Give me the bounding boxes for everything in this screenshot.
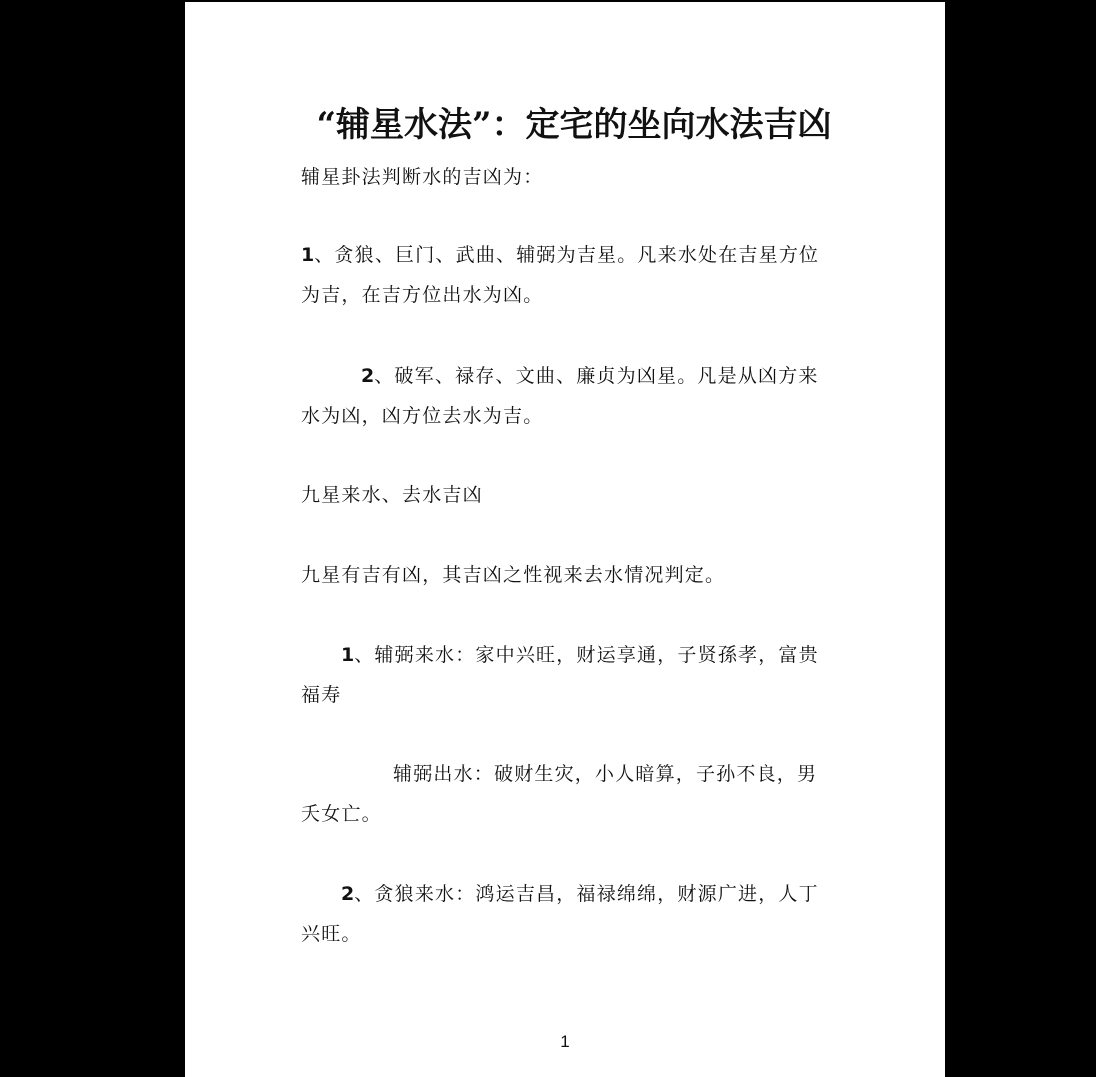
rule-1-number: 1 bbox=[301, 244, 314, 266]
rule-2-number: 2 bbox=[361, 365, 374, 387]
page-title: “辅星水法”：定宅的坐向水法吉凶 bbox=[185, 103, 945, 147]
section-heading: 九星来水、去水吉凶 bbox=[301, 475, 833, 515]
item-2-line-2: 兴旺。 bbox=[301, 914, 833, 954]
rule-1-text: 、贪狼、巨门、武曲、辅弼为吉星。凡来水处在吉星方位为吉，在吉方位出水为凶。 bbox=[301, 244, 819, 306]
section-intro-text: 九星有吉有凶，其吉凶之性视来去水情况判定。 bbox=[301, 564, 725, 586]
item-1-out-line-2: 夭女亡。 bbox=[301, 794, 833, 834]
rule-2-line-1: 2、破军、禄存、文曲、廉贞为凶星。凡是从凶方来 bbox=[301, 356, 833, 396]
document-viewer: “辅星水法”：定宅的坐向水法吉凶 辅星卦法判断水的吉凶为： 1、贪狼、巨门、武曲… bbox=[0, 0, 1096, 1077]
item-1-line-1: 1、辅弼来水：家中兴旺，财运享通，子贤孫孝，富贵 bbox=[301, 635, 833, 675]
item-1-number: 1 bbox=[341, 644, 354, 666]
item-1-paragraph: 1、辅弼来水：家中兴旺，财运享通，子贤孫孝，富贵 福寿 bbox=[301, 635, 833, 715]
rule-2-text-1: 、破军、禄存、文曲、廉贞为凶星。凡是从凶方来 bbox=[374, 365, 818, 387]
item-2-text-1: 、贪狼来水：鸿运吉昌，福禄绵绵，财源广进，人丁 bbox=[354, 883, 819, 905]
item-1-out-paragraph: 辅弼出水：破财生灾，小人暗算，子孙不良，男 夭女亡。 bbox=[301, 754, 833, 834]
item-1-out-line-1: 辅弼出水：破财生灾，小人暗算，子孙不良，男 bbox=[301, 754, 833, 794]
rule-1-paragraph: 1、贪狼、巨门、武曲、辅弼为吉星。凡来水处在吉星方位为吉，在吉方位出水为凶。 bbox=[301, 235, 833, 315]
item-2-number: 2 bbox=[341, 883, 354, 905]
item-2-paragraph: 2、贪狼来水：鸿运吉昌，福禄绵绵，财源广进，人丁 兴旺。 bbox=[301, 874, 833, 954]
item-1-text-1: 、辅弼来水：家中兴旺，财运享通，子贤孫孝，富贵 bbox=[354, 644, 819, 666]
item-2-line-1: 2、贪狼来水：鸿运吉昌，福禄绵绵，财源广进，人丁 bbox=[301, 874, 833, 914]
rule-2-line-2: 水为凶，凶方位去水为吉。 bbox=[301, 396, 833, 436]
rule-2-paragraph: 2、破军、禄存、文曲、廉贞为凶星。凡是从凶方来 水为凶，凶方位去水为吉。 bbox=[301, 356, 833, 436]
section-heading-text: 九星来水、去水吉凶 bbox=[301, 484, 483, 506]
intro-text: 辅星卦法判断水的吉凶为： bbox=[301, 166, 543, 188]
page-number: 1 bbox=[185, 1032, 945, 1052]
item-1-line-2: 福寿 bbox=[301, 675, 833, 715]
section-intro-paragraph: 九星有吉有凶，其吉凶之性视来去水情况判定。 bbox=[301, 555, 833, 595]
intro-paragraph: 辅星卦法判断水的吉凶为： bbox=[301, 157, 833, 197]
document-page: “辅星水法”：定宅的坐向水法吉凶 辅星卦法判断水的吉凶为： 1、贪狼、巨门、武曲… bbox=[185, 2, 945, 1077]
